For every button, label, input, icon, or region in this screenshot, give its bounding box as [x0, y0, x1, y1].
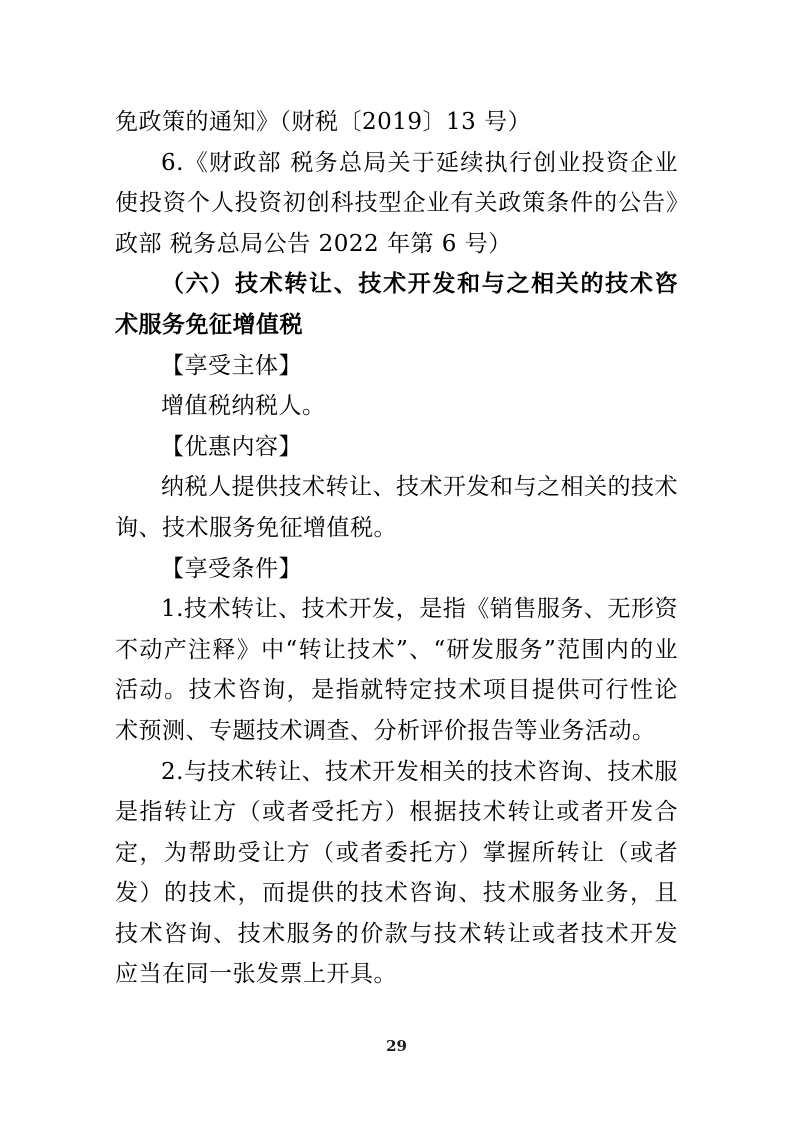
- page-footer: 29: [0, 1036, 793, 1055]
- bracket-label-line: 【优惠内容】: [115, 427, 678, 468]
- text-line: 不动产注释》中“转让技术”、“研发服务”范围内的业务: [115, 630, 678, 671]
- text-line: 2.与技术转让、技术开发相关的技术咨询、技术服务，: [115, 752, 678, 793]
- bracket-label-line: 【享受主体】: [115, 346, 678, 387]
- text-line: 应当在同一张发票上开具。: [115, 954, 678, 995]
- section-heading-line: （六）技术转让、技术开发和与之相关的技术咨询、技: [115, 264, 678, 305]
- text-line: 术预测、专题技术调查、分析评价报告等业务活动。: [115, 711, 678, 752]
- section-heading-line: 术服务免征增值税: [115, 305, 678, 346]
- text-line: 使投资个人投资初创科技型企业有关政策条件的公告》（财: [115, 183, 678, 224]
- text-line: 是指转让方（或者受托方）根据技术转让或者开发合同的规: [115, 792, 678, 833]
- text-line: 询、技术服务免征增值税。: [115, 508, 678, 549]
- text-line: 纳税人提供技术转让、技术开发和与之相关的技术咨: [115, 467, 678, 508]
- text-line: 增值税纳税人。: [115, 386, 678, 427]
- text-line: 6.《财政部 税务总局关于延续执行创业投资企业和天: [115, 143, 678, 184]
- text-line: 免政策的通知》（财税〔2019〕13 号）: [115, 102, 678, 143]
- text-line: 定，为帮助受让方（或者委托方）掌握所转让（或者委托开: [115, 833, 678, 874]
- text-line: 1.技术转让、技术开发，是指《销售服务、无形资产、: [115, 589, 678, 630]
- page-number: 29: [386, 1037, 407, 1055]
- text-line: 政部 税务总局公告 2022 年第 6 号）: [115, 224, 678, 265]
- document-body: 免政策的通知》（财税〔2019〕13 号） 6.《财政部 税务总局关于延续执行创…: [115, 102, 678, 995]
- document-page: 免政策的通知》（财税〔2019〕13 号） 6.《财政部 税务总局关于延续执行创…: [0, 0, 793, 1122]
- text-line: 发）的技术，而提供的技术咨询、技术服务业务，且这部分: [115, 873, 678, 914]
- text-line: 技术咨询、技术服务的价款与技术转让或者技术开发的价款: [115, 914, 678, 955]
- text-line: 活动。技术咨询，是指就特定技术项目提供可行性论证、技: [115, 670, 678, 711]
- bracket-label-line: 【享受条件】: [115, 549, 678, 590]
